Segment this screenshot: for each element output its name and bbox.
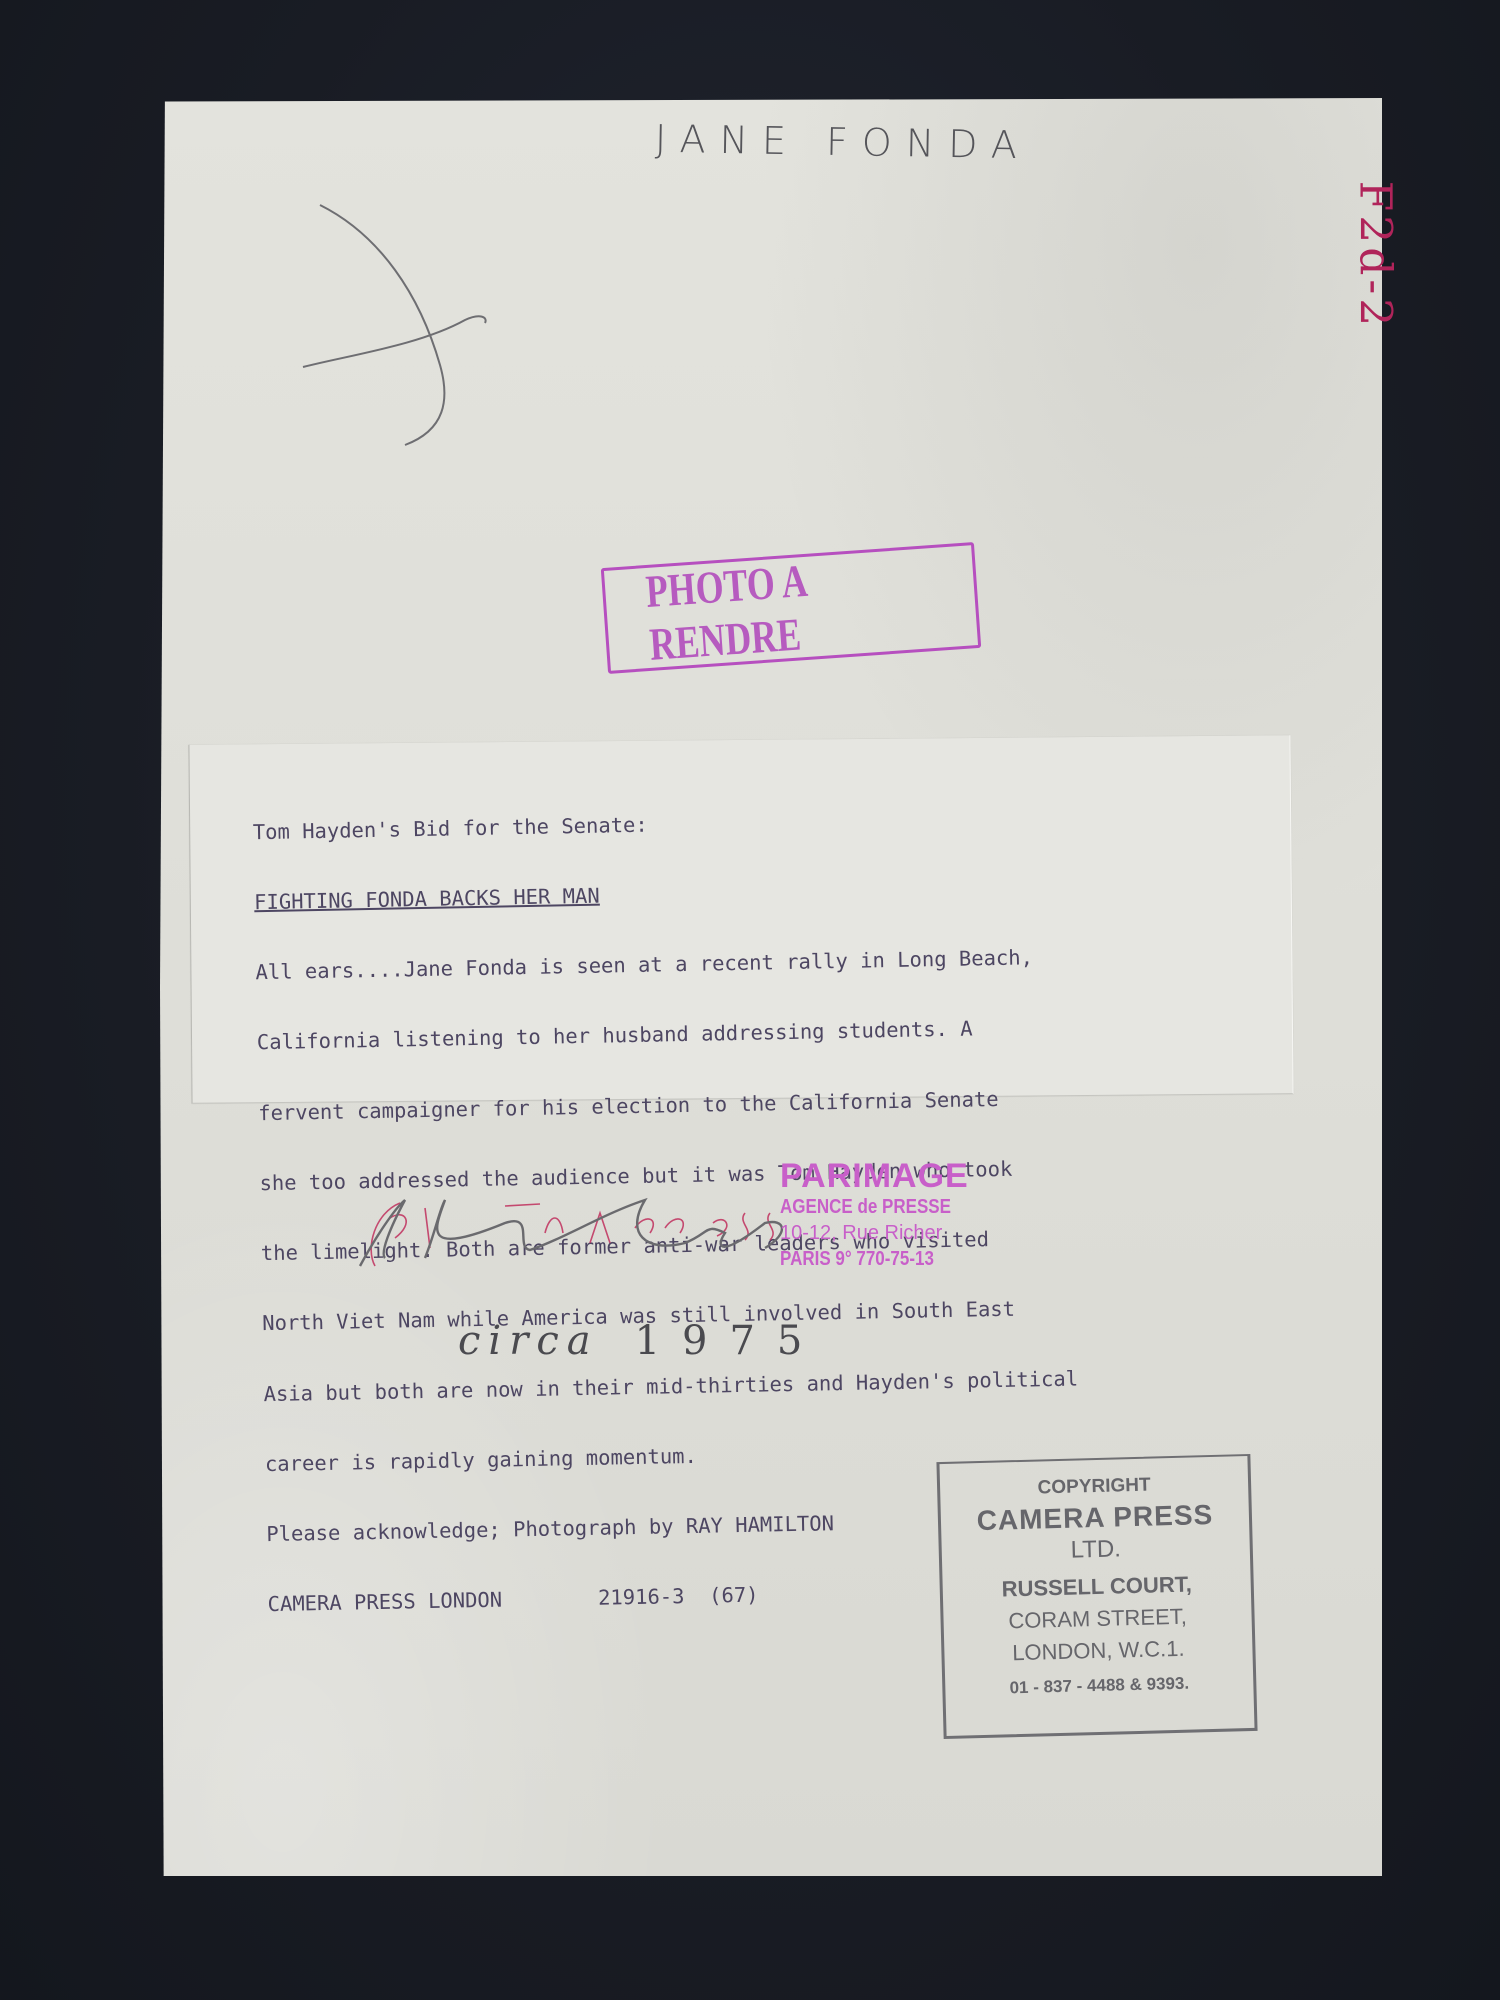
- pencil-cross-mark: [300, 195, 490, 455]
- agency-stamp-line: PARIS 9° 770-75-13: [780, 1246, 951, 1272]
- copyright-stamp-line: LTD.: [941, 1532, 1250, 1568]
- caption-strip: Tom Hayden's Bid for the Senate: FIGHTIN…: [188, 735, 1293, 1104]
- agency-stamp: PARIMAGE AGENCE de PRESSE 10-12, Rue Ric…: [780, 1158, 981, 1272]
- copyright-stamp-line: CORAM STREET,: [943, 1602, 1252, 1636]
- return-photo-stamp-text: PHOTO A RENDRE: [644, 545, 938, 671]
- copyright-stamp-line: CAMERA PRESS: [941, 1498, 1250, 1538]
- copyright-stamp-line: 01 - 837 - 4488 & 9393.: [945, 1672, 1253, 1700]
- caption-body-line: California listening to her husband addr…: [257, 1016, 1072, 1055]
- caption-body-line: All ears....Jane Fonda is seen at a rece…: [255, 946, 1070, 985]
- caption-headline: FIGHTING FONDA BACKS HER MAN: [254, 876, 1069, 915]
- caption-agency: CAMERA PRESS LONDON: [267, 1588, 502, 1616]
- copyright-stamp-line: RUSSELL COURT,: [942, 1570, 1251, 1604]
- copyright-stamp-line: LONDON, W.C.1.: [944, 1634, 1253, 1668]
- subject-name-note: JANE FONDA: [655, 117, 1032, 168]
- reference-code-note: F2d-2: [1349, 181, 1400, 331]
- date-note-prefix: circa: [458, 1318, 599, 1364]
- agency-stamp-name: PARIMAGE: [780, 1158, 981, 1194]
- copyright-stamp: COPYRIGHT CAMERA PRESS LTD. RUSSELL COUR…: [936, 1454, 1257, 1739]
- caption-kicker: Tom Hayden's Bid for the Senate:: [253, 805, 1068, 844]
- caption-body-line: fervent campaigner for his election to t…: [258, 1086, 1073, 1125]
- copyright-stamp-line: COPYRIGHT: [940, 1472, 1248, 1502]
- caption-reference: 21916-3 (67): [598, 1583, 759, 1610]
- agency-stamp-line: 10-12, Rue Richer: [780, 1220, 981, 1246]
- agency-stamp-line: AGENCE de PRESSE: [780, 1194, 951, 1220]
- signature: [345, 1178, 805, 1273]
- date-note-year: 1975: [635, 1318, 825, 1364]
- date-note: circa1975: [458, 1318, 824, 1364]
- caption-body-line: Asia but both are now in their mid-thirt…: [263, 1367, 1078, 1406]
